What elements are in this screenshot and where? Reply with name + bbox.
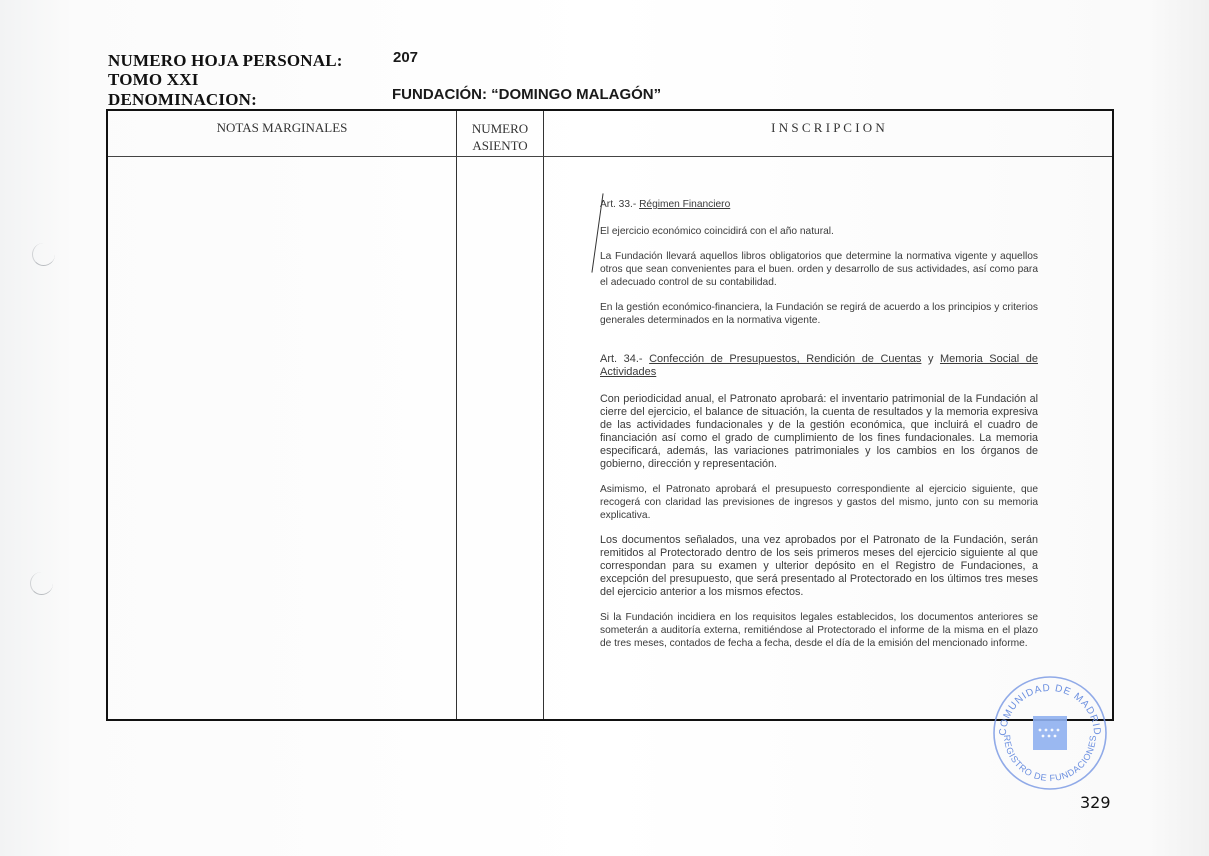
hoja-personal-label: NUMERO HOJA PERSONAL:: [108, 51, 343, 71]
denominacion-label: DENOMINACION:: [108, 90, 257, 110]
article-34-number: Art. 34.-: [600, 353, 649, 365]
paragraph: El ejercicio económico coincidirá con el…: [600, 225, 1038, 238]
article-34-title-a: Confección de Presupuestos, Rendición de…: [649, 353, 921, 365]
article-33-title: Régimen Financiero: [639, 199, 730, 210]
inscripcion-header: I N S C R I P C I O N: [544, 120, 1112, 136]
paragraph: La Fundación llevará aquellos libros obl…: [600, 250, 1038, 289]
denominacion-value: FUNDACIÓN: “DOMINGO MALAGÓN”: [392, 86, 661, 103]
page-number: 329: [1080, 793, 1111, 812]
scanned-page: NUMERO HOJA PERSONAL: 207 TOMO XXI DENOM…: [0, 0, 1209, 856]
registry-stamp: COMUNIDAD DE MADRID REGISTRO DE FUNDACIO…: [990, 673, 1110, 793]
paragraph: Si la Fundación incidiera en los requisi…: [600, 611, 1038, 650]
article-33-number: Art. 33.-: [600, 199, 639, 210]
paragraph: Los documentos señalados, una vez aproba…: [600, 534, 1038, 599]
paragraph: Con periodicidad anual, el Patronato apr…: [600, 393, 1038, 471]
numero-asiento-header: NUMERO ASIENTO: [457, 120, 543, 154]
tomo-label: TOMO XXI: [108, 70, 199, 90]
column-divider: [456, 111, 457, 719]
numero-header-line1: NUMERO: [457, 120, 543, 137]
notas-marginales-header: NOTAS MARGINALES: [108, 120, 456, 136]
article-34-conjunction: y: [921, 353, 940, 365]
inscripcion-content: Art. 33.- Régimen Financiero El ejercici…: [600, 198, 1038, 662]
hoja-personal-value: 207: [393, 49, 418, 66]
article-33-heading: Art. 33.- Régimen Financiero: [600, 198, 1038, 211]
header-divider: [108, 156, 1112, 157]
numero-header-line2: ASIENTO: [457, 137, 543, 154]
binder-hole-mark: [32, 243, 55, 266]
binder-hole-mark: [30, 572, 53, 595]
paragraph: Asimismo, el Patronato aprobará el presu…: [600, 483, 1038, 522]
article-34-heading: Art. 34.- Confección de Presupuestos, Re…: [600, 353, 1038, 379]
column-divider: [543, 111, 544, 719]
paragraph: En la gestión económico-financiera, la F…: [600, 301, 1038, 327]
